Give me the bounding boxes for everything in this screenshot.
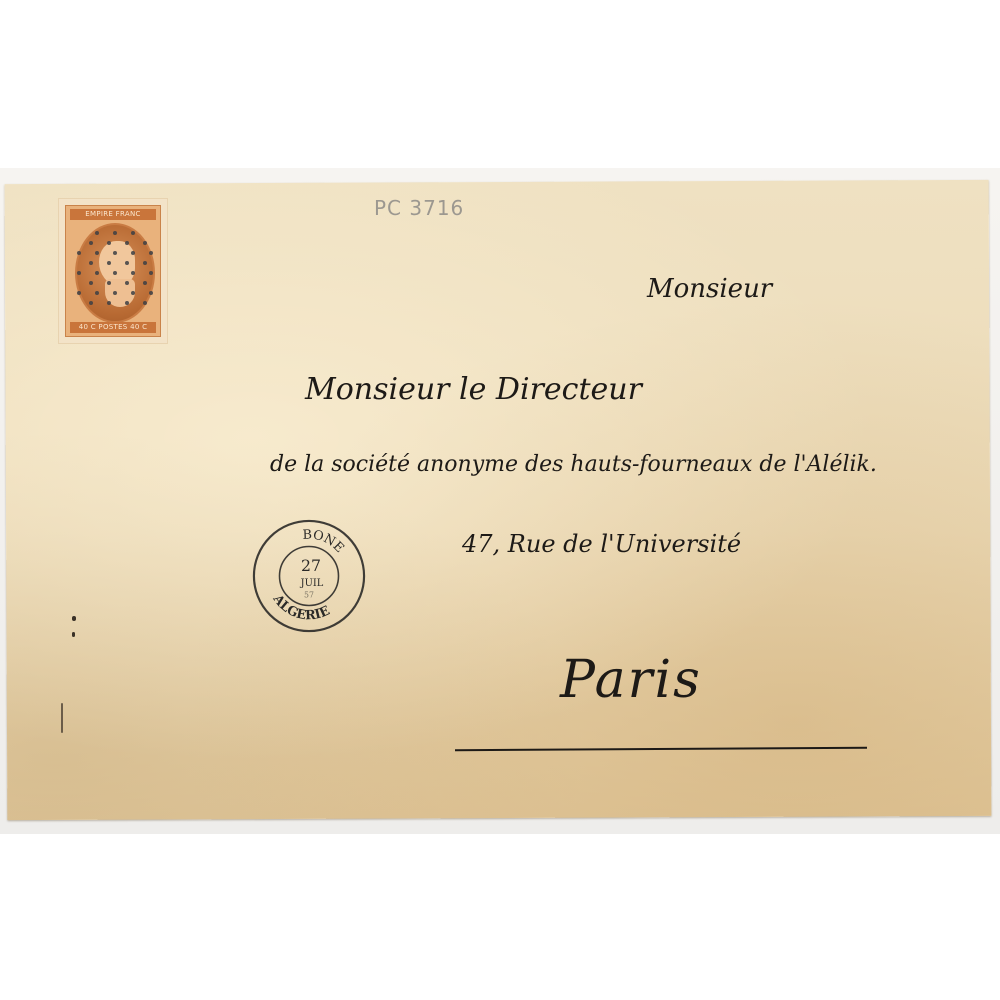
cancellation-dot <box>113 251 117 255</box>
svg-text:ALGERIE: ALGERIE <box>269 591 332 623</box>
cancellation-dot <box>143 301 147 305</box>
cancellation-dot <box>89 241 93 245</box>
cancellation-dot <box>95 231 99 235</box>
postmark-year: 57 <box>304 591 314 600</box>
address-company: de la société anonyme des hauts-fourneau… <box>270 452 877 477</box>
cancellation-dot <box>125 241 129 245</box>
cancellation-dot <box>95 271 99 275</box>
postage-stamp: EMPIRE FRANC 40 C POSTES 40 C <box>58 198 168 344</box>
postmark-day: 27 <box>301 556 321 575</box>
pencil-reference-number: PC 3716 <box>374 196 464 220</box>
cancellation-dot <box>143 281 147 285</box>
address-city: Paris <box>560 650 702 710</box>
postmark: BONE ALGERIE 27 JUIL 57 <box>250 517 368 635</box>
cancellation-dot <box>107 281 111 285</box>
cancellation-dot <box>95 251 99 255</box>
cancellation-dot <box>77 251 81 255</box>
postmark-region: ALGERIE <box>269 591 332 623</box>
cancellation-dot <box>113 231 117 235</box>
ink-spot <box>72 616 76 621</box>
postmark-month: JUIL <box>300 578 324 589</box>
address-salutation: Monsieur <box>647 274 772 304</box>
cancellation-dot <box>107 301 111 305</box>
cancellation-dot <box>77 291 81 295</box>
address-street: 47, Rue de l'Université <box>462 530 741 558</box>
cancellation-dot <box>107 241 111 245</box>
cancellation-dot <box>125 261 129 265</box>
address-recipient: Monsieur le Directeur <box>305 372 642 407</box>
postmark-circle-icon: BONE ALGERIE 27 JUIL 57 <box>250 517 368 635</box>
cancellation-dot <box>113 291 117 295</box>
cancellation-dot <box>89 261 93 265</box>
cancellation-dot <box>107 261 111 265</box>
cancellation-dot <box>143 241 147 245</box>
cancellation-dot <box>125 301 129 305</box>
cancellation-dot <box>131 251 135 255</box>
cancellation-dot <box>77 271 81 275</box>
cancellation-dot <box>95 291 99 295</box>
cancellation-dot <box>143 261 147 265</box>
cancellation-dot <box>113 271 117 275</box>
cancellation-dot <box>131 271 135 275</box>
cancellation-dot <box>125 281 129 285</box>
cancellation-dot <box>149 251 153 255</box>
ink-stroke <box>61 703 63 733</box>
cancellation-dot <box>149 271 153 275</box>
cancellation-dot <box>131 231 135 235</box>
cancellation-dot <box>131 291 135 295</box>
stamp-bottom-label: 40 C POSTES 40 C <box>70 322 156 333</box>
cancellation-dot <box>89 281 93 285</box>
ink-spot <box>72 632 75 637</box>
cancellation-dot <box>149 291 153 295</box>
stamp-top-label: EMPIRE FRANC <box>70 209 156 220</box>
cancellation-dot <box>89 301 93 305</box>
